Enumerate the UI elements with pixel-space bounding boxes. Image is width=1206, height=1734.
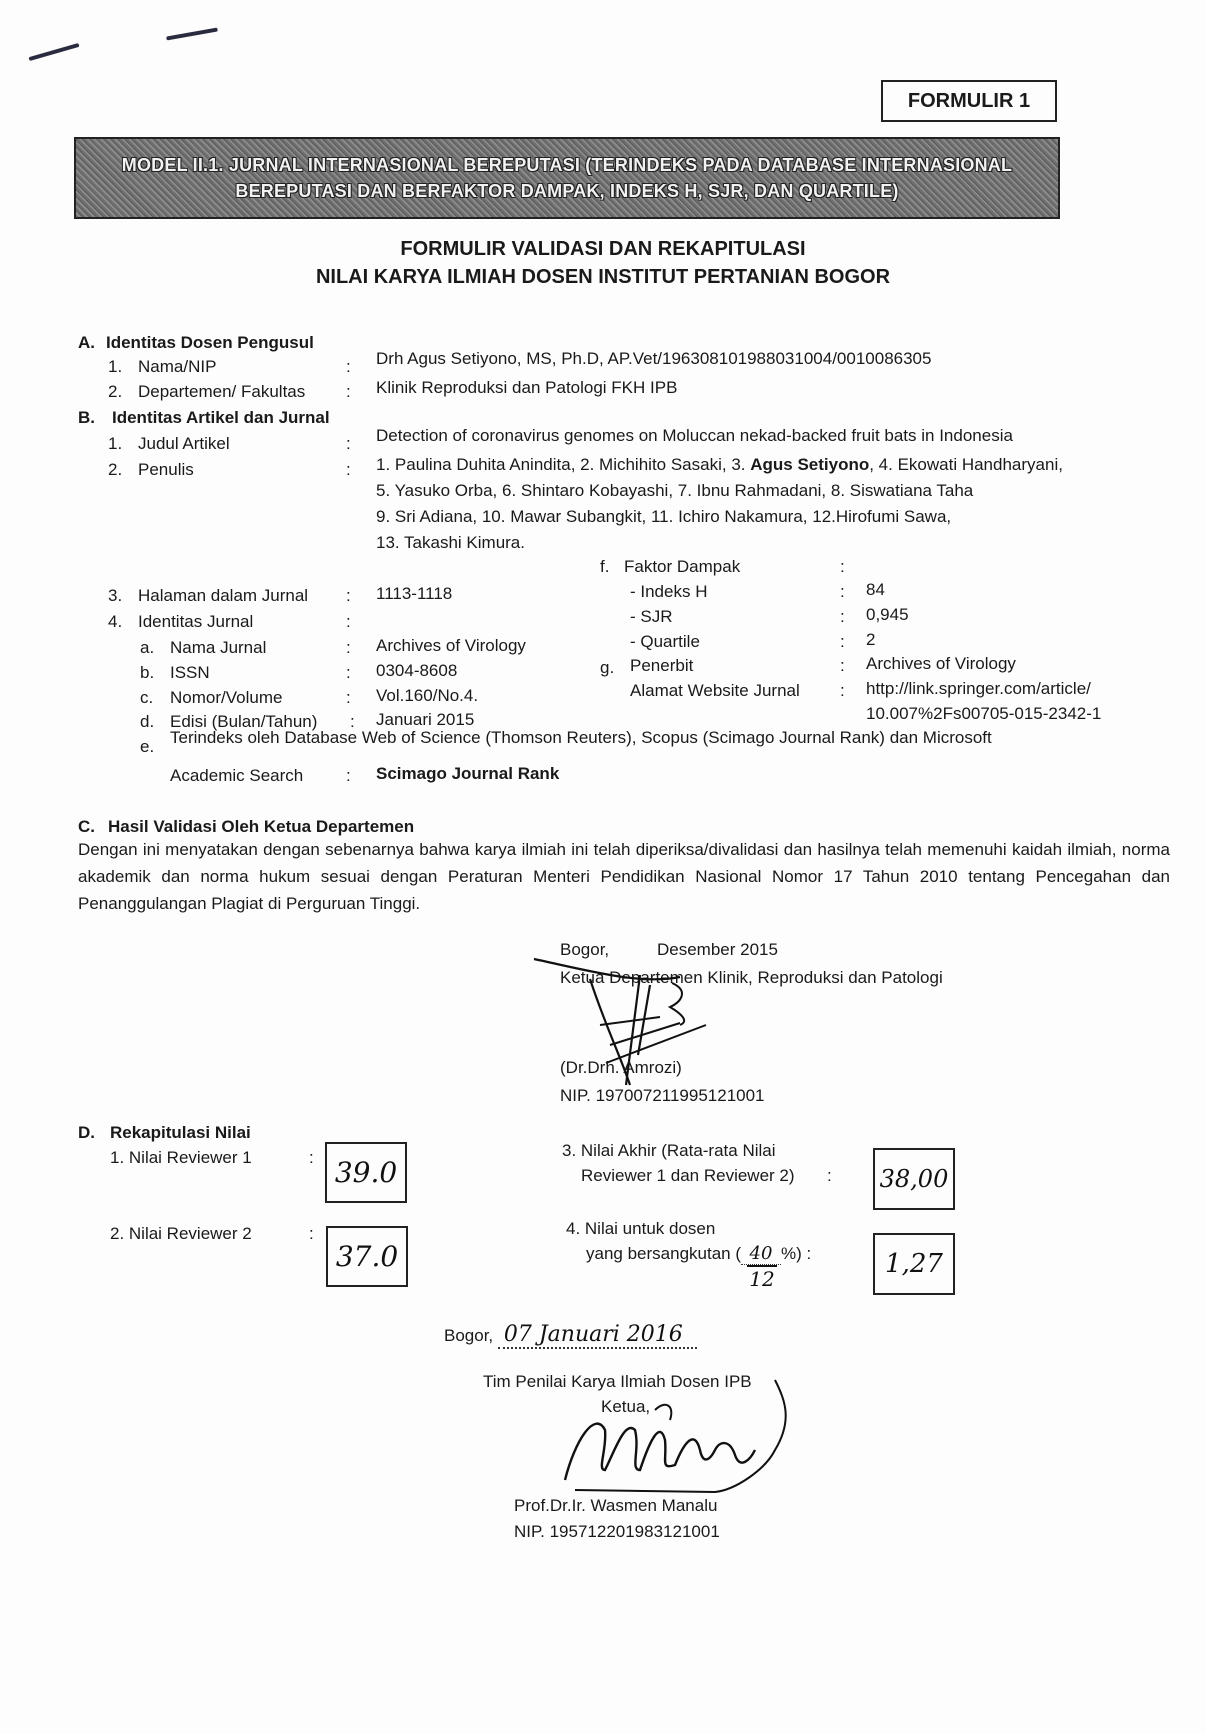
lecturer-percent-denominator: 12 [747,1265,777,1291]
footer-signer-nip: NIP. 195712201983121001 [514,1522,720,1542]
field-label-website: Alamat Website Jurnal [630,681,800,701]
colon: : [346,766,351,786]
validation-statement: Dengan ini menyatakan dengan sebenarnya … [78,836,1170,917]
model-banner-line2: BEREPUTASI DAN BERFAKTOR DAMPAK, INDEKS … [235,178,898,204]
field-label-penerbit: Penerbit [630,656,693,676]
lecturer-score-label-line1: 4. Nilai untuk dosen [566,1219,715,1239]
section-c-letter: C. [78,817,95,837]
page-title-line2: NILAI KARYA ILMIAH DOSEN INSTITUT PERTAN… [0,266,1206,289]
field-label-departemen: Departemen/ Fakultas [138,382,305,402]
field-label-nama-nip: Nama/NIP [138,357,216,377]
item-num: 2. [108,460,122,480]
field-label-issn: ISSN [170,663,210,683]
section-d-letter: D. [78,1123,95,1143]
field-value-terindeks: Scimago Journal Rank [376,764,559,784]
colon: : [346,688,351,708]
field-value-edisi: Januari 2015 [376,710,474,730]
field-value-issn: 0304-8608 [376,661,457,681]
field-label-nama-jurnal: Nama Jurnal [170,638,266,658]
colon: : [840,582,845,602]
item-num: 4. [108,612,122,632]
field-value-sjr: 0,945 [866,605,909,625]
item-num: 1. [108,434,122,454]
reviewer1-score-box: 39.0 [325,1142,407,1203]
reviewer1-score: 39.0 [335,1156,397,1189]
colon: : [840,656,845,676]
colon: : [346,460,351,480]
footer-signer: Prof.Dr.Ir. Wasmen Manalu [514,1496,717,1516]
colon: : [346,586,351,606]
validation-signer-nip: NIP. 197007211995121001 [560,1086,765,1106]
colon: : [346,663,351,683]
lecturer-score-label-text: yang bersangkutan ( [586,1244,741,1263]
model-banner: MODEL II.1. JURNAL INTERNASIONAL BEREPUT… [74,137,1060,219]
reviewer2-label: 2. Nilai Reviewer 2 [110,1224,252,1244]
field-label-nomor-volume: Nomor/Volume [170,688,282,708]
item-num: d. [140,712,154,732]
item-num: g. [600,658,614,678]
field-label-faktor-dampak: Faktor Dampak [624,557,740,577]
item-num: 2. [108,382,122,402]
field-label-penulis: Penulis [138,460,194,480]
final-score-box: 38,00 [873,1148,955,1210]
formulir-label: FORMULIR 1 [908,90,1030,113]
item-num: f. [600,557,609,577]
field-label-academic-search: Academic Search [170,766,303,786]
website-link-line1[interactable]: http://link.springer.com/article/ [866,679,1091,699]
lecturer-score: 1,27 [885,1249,943,1279]
lecturer-score-label-text: %) : [781,1244,811,1263]
website-link-line2[interactable]: 10.007%2Fs00705-015-2342-1 [866,704,1101,724]
team-head-signature [535,1360,795,1510]
field-value-nama-nip: Drh Agus Setiyono, MS, Ph.D, AP.Vet/1963… [376,349,931,369]
footer-date: 07 Januari 2016 [498,1322,697,1349]
field-label-sjr: - SJR [630,607,673,627]
colon: : [840,607,845,627]
final-score-label-line2: Reviewer 1 dan Reviewer 2) [581,1166,795,1186]
authors-text: 1. Paulina Duhita Anindita, 2. Michihito… [376,455,750,474]
reviewer2-score: 37.0 [336,1240,398,1273]
field-value-nomor-volume: Vol.160/No.4. [376,686,478,706]
colon: : [346,357,351,377]
colon: : [840,632,845,652]
section-b-letter: B. [78,408,95,428]
colon: : [309,1224,314,1244]
final-score: 38,00 [880,1165,949,1193]
section-a-letter: A. [78,333,95,353]
validation-signer: (Dr.Drh. Amrozi) [560,1058,682,1078]
authors-highlight: Agus Setiyono [750,455,869,474]
colon: : [827,1166,832,1186]
formulir-label-box: FORMULIR 1 [881,80,1057,122]
authors-text: 5. Yasuko Orba, 6. Shintaro Kobayashi, 7… [376,478,1063,504]
item-num: a. [140,638,154,658]
item-num: b. [140,663,154,683]
field-value-penerbit: Archives of Virology [866,654,1016,674]
field-value-departemen: Klinik Reproduksi dan Patologi FKH IPB [376,378,677,398]
lecturer-percent-fraction: 4012 [741,1243,781,1265]
reviewer1-label: 1. Nilai Reviewer 1 [110,1148,252,1168]
field-value-judul: Detection of coronavirus genomes on Molu… [376,426,1013,446]
colon: : [346,382,351,402]
colon: : [346,638,351,658]
section-a-heading: Identitas Dosen Pengusul [106,333,314,353]
lecturer-score-label-line2: yang bersangkutan (4012%) : [586,1243,811,1265]
field-label-quartile: - Quartile [630,632,700,652]
lecturer-percent-numerator: 40 [750,1243,773,1264]
section-d-heading: Rekapitulasi Nilai [110,1123,251,1143]
authors-text: , 4. Ekowati Handharyani, [869,455,1063,474]
field-label-terindeks: Terindeks oleh Database Web of Science (… [170,728,992,748]
section-b-heading: Identitas Artikel dan Jurnal [112,408,330,428]
field-label-identitas-jurnal: Identitas Jurnal [138,612,253,632]
reviewer2-score-box: 37.0 [326,1226,408,1287]
authors-text: 9. Sri Adiana, 10. Mawar Subangkit, 11. … [376,504,1063,530]
colon: : [840,681,845,701]
model-banner-line1: MODEL II.1. JURNAL INTERNASIONAL BEREPUT… [122,152,1012,178]
item-num: e. [140,737,154,757]
field-value-nama-jurnal: Archives of Virology [376,636,526,656]
colon: : [346,612,351,632]
colon: : [309,1148,314,1168]
field-label-halaman: Halaman dalam Jurnal [138,586,308,606]
authors-text: 13. Takashi Kimura. [376,530,1063,556]
scan-mark [28,43,79,61]
field-value-indeks-h: 84 [866,580,885,600]
footer-date-line: Bogor, 07 Januari 2016 [444,1322,697,1347]
field-label-indeks-h: - Indeks H [630,582,707,602]
field-value-quartile: 2 [866,630,875,650]
page-title-line1: FORMULIR VALIDASI DAN REKAPITULASI [0,238,1206,261]
footer-place: Bogor, [444,1326,498,1345]
field-value-penulis: 1. Paulina Duhita Anindita, 2. Michihito… [376,452,1063,556]
final-score-label-line1: 3. Nilai Akhir (Rata-rata Nilai [562,1141,776,1161]
field-label-judul: Judul Artikel [138,434,230,454]
item-num: c. [140,688,153,708]
scan-mark [166,28,218,41]
section-c-heading: Hasil Validasi Oleh Ketua Departemen [108,817,414,837]
item-num: 3. [108,586,122,606]
item-num: 1. [108,357,122,377]
colon: : [346,434,351,454]
field-value-halaman: 1113-1118 [376,584,452,604]
colon: : [840,557,845,577]
lecturer-score-box: 1,27 [873,1233,955,1295]
